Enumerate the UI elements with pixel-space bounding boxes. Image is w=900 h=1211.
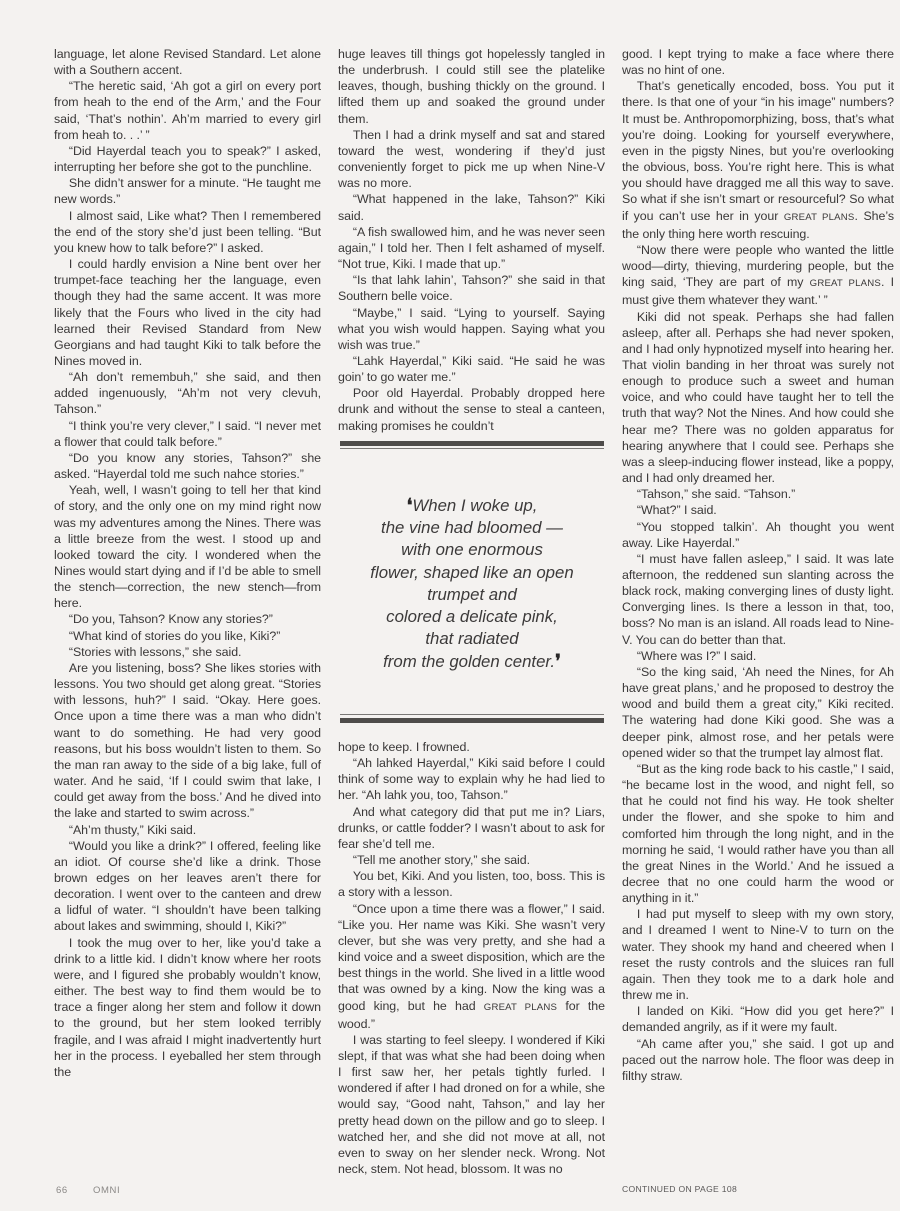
paragraph: “Would you like a drink?” I offered, fee… (54, 838, 321, 935)
paragraph: That’s genetically encoded, boss. You pu… (622, 78, 894, 242)
text-column-2-bottom: hope to keep. I frowned. “Ah lahked Haye… (338, 739, 605, 1177)
small-caps-text: GREAT PLANS (784, 212, 855, 223)
paragraph: Kiki did not speak. Perhaps she had fall… (622, 309, 894, 487)
text-column-3: good. I kept trying to make a face where… (622, 46, 894, 1084)
small-caps-text: GREAT PLANS (810, 278, 881, 289)
paragraph: “So the king said, ‘Ah need the Nines, f… (622, 664, 894, 761)
paragraph: She didn’t answer for a minute. “He taug… (54, 175, 321, 207)
paragraph: “Once upon a time there was a flower,” I… (338, 901, 605, 1032)
paragraph: “A fish swallowed him, and he was never … (338, 224, 605, 272)
continued-on-page-note: CONTINUED ON PAGE 108 (622, 1184, 737, 1194)
paragraph: “Did Hayerdal teach you to speak?” I ask… (54, 143, 321, 175)
paragraph: I had put myself to sleep with my own st… (622, 906, 894, 1003)
page-number: 66 (56, 1185, 68, 1196)
paragraph: Poor old Hayerdal. Probably dropped here… (338, 385, 605, 433)
text-column-1: language, let alone Revised Standard. Le… (54, 46, 321, 1080)
paragraph: Yeah, well, I wasn’t going to tell her t… (54, 482, 321, 611)
paragraph: “I must have fallen asleep,” I said. It … (622, 551, 894, 648)
paragraph: I almost said, Like what? Then I remembe… (54, 208, 321, 256)
pull-quote-bottom-rule-thin (340, 714, 604, 715)
paragraph: language, let alone Revised Standard. Le… (54, 46, 321, 78)
paragraph: “What kind of stories do you like, Kiki?… (54, 628, 321, 644)
paragraph: hope to keep. I frowned. (338, 739, 605, 755)
paragraph: You bet, Kiki. And you listen, too, boss… (338, 868, 605, 900)
paragraph: “Stories with lessons,” she said. (54, 644, 321, 660)
paragraph: “Tell me another story,” she said. (338, 852, 605, 868)
text-column-2-top: huge leaves till things got hopelessly t… (338, 46, 605, 434)
paragraph: “Ah’m thusty,” Kiki said. (54, 822, 321, 838)
paragraph: “What happened in the lake, Tahson?” Kik… (338, 191, 605, 223)
pull-quote-line: ❛When I woke up, (345, 494, 599, 517)
paragraph: “The heretic said, ‘Ah got a girl on eve… (54, 78, 321, 143)
paragraph: Then I had a drink myself and sat and st… (338, 127, 605, 192)
paragraph: “Do you know any stories, Tahson?” she a… (54, 450, 321, 482)
paragraph: “But as the king rode back to his castle… (622, 761, 894, 906)
close-quote-icon: ❜ (555, 651, 561, 671)
pull-quote-line: trumpet and (345, 584, 599, 606)
paragraph: good. I kept trying to make a face where… (622, 46, 894, 78)
paragraph: “I think you’re very clever,” I said. “I… (54, 418, 321, 450)
paragraph: I landed on Kiki. “How did you get here?… (622, 1003, 894, 1035)
pull-quote: ❛When I woke up, the vine had bloomed — … (345, 494, 599, 674)
pull-quote-top-rule-thick (340, 441, 604, 446)
paragraph: “Lahk Hayerdal,” Kiki said. “He said he … (338, 353, 605, 385)
pull-quote-bottom-rule-thick (340, 718, 604, 723)
paragraph: “Ah don’t remembuh,” she said, and then … (54, 369, 321, 417)
pull-quote-line: the vine had bloomed — (345, 517, 599, 539)
paragraph: “What?” I said. (622, 502, 894, 518)
paragraph: “Maybe,” I said. “Lying to yourself. Say… (338, 305, 605, 353)
page-folio: 66 OMNI (56, 1185, 142, 1196)
pull-quote-line: colored a delicate pink, (345, 606, 599, 628)
magazine-name: OMNI (93, 1185, 120, 1196)
paragraph: “Is that lahk lahin’, Tahson?” she said … (338, 272, 605, 304)
paragraph: “Do you, Tahson? Know any stories?” (54, 611, 321, 627)
magazine-page: language, let alone Revised Standard. Le… (0, 0, 900, 1211)
pull-quote-line: that radiated (345, 628, 599, 650)
paragraph: “Ah came after you,” she said. I got up … (622, 1036, 894, 1084)
paragraph: I took the mug over to her, like you’d t… (54, 935, 321, 1080)
paragraph: Are you listening, boss? She likes stori… (54, 660, 321, 822)
pull-quote-top-rule-thin (340, 448, 604, 449)
paragraph: “You stopped talkin’. Ah thought you wen… (622, 519, 894, 551)
paragraph: “Tahson,” she said. “Tahson.” (622, 486, 894, 502)
paragraph: huge leaves till things got hopelessly t… (338, 46, 605, 127)
pull-quote-line: flower, shaped like an open (345, 562, 599, 584)
pull-quote-line: from the golden center.❜ (345, 650, 599, 673)
paragraph: “Ah lahked Hayerdal,” Kiki said before I… (338, 755, 605, 803)
paragraph: I was starting to feel sleepy. I wondere… (338, 1032, 605, 1177)
pull-quote-line: with one enormous (345, 539, 599, 561)
paragraph: “Where was I?” I said. (622, 648, 894, 664)
paragraph: I could hardly envision a Nine bent over… (54, 256, 321, 369)
paragraph: “Now there were people who wanted the li… (622, 242, 894, 309)
small-caps-text: GREAT PLANS (484, 1002, 557, 1013)
paragraph: And what category did that put me in? Li… (338, 804, 605, 852)
